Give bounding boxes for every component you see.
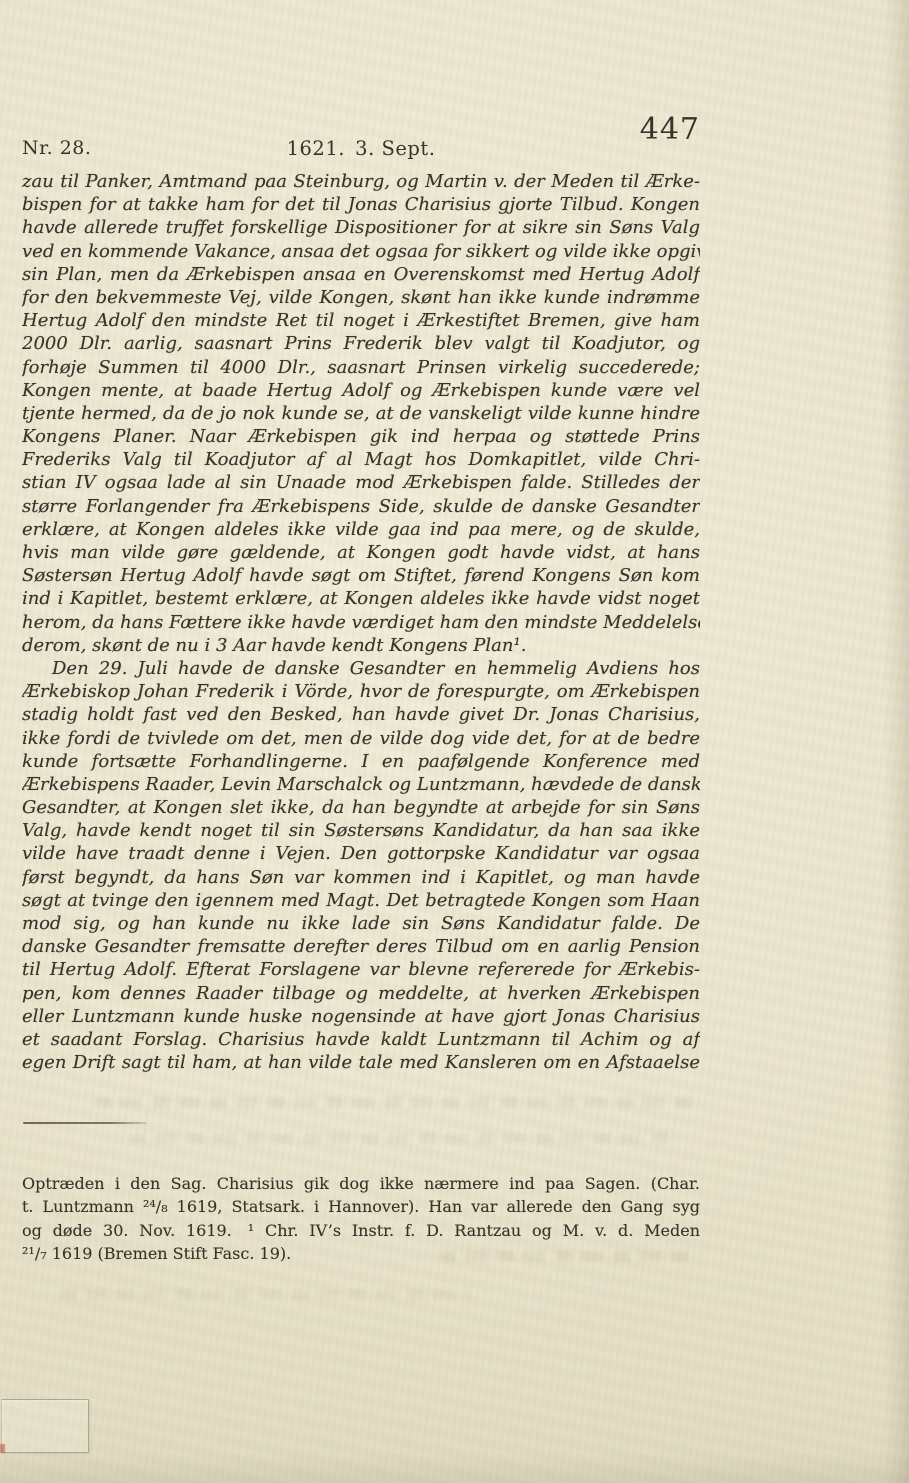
footnote-separator-rule: [23, 1122, 147, 1124]
text-line: pen, kom dennes Raader tilbage og meddel…: [22, 982, 700, 1005]
body-text: zau til Panker, Amtmand paa Steinburg, o…: [22, 170, 700, 1074]
text-line: søgt at tvinge den igennem med Magt. Det…: [22, 889, 700, 912]
text-line: stadig holdt fast ved den Besked, han ha…: [22, 703, 700, 726]
page-number: 447: [22, 112, 700, 147]
text-line: Optræden i den Sag. Charisius gik dog ik…: [22, 1172, 700, 1195]
text-line: danske Gesandter fremsatte derefter dere…: [22, 935, 700, 958]
text-line: for den bekvemmeste Vej, vilde Kongen, s…: [22, 286, 700, 309]
text-line: derom, skønt de nu i 3 Aar havde kendt K…: [22, 634, 700, 657]
text-line: tjente hermed, da de jo nok kunde se, at…: [22, 402, 700, 425]
text-line: egen Drift sagt til ham, at han vilde ta…: [22, 1051, 700, 1074]
page-edge-shadow-right: [883, 0, 909, 1483]
text-line: zau til Panker, Amtmand paa Steinburg, o…: [22, 170, 700, 193]
paragraph: zau til Panker, Amtmand paa Steinburg, o…: [22, 170, 700, 657]
text-line: til Hertug Adolf. Efterat Forslagene var…: [22, 958, 700, 981]
text-line: Gesandter, at Kongen slet ikke, da han b…: [22, 796, 700, 819]
text-line: sin Plan, men da Ærkebispen ansaa en Ove…: [22, 263, 700, 286]
text-line: hvis man vilde gøre gældende, at Kongen …: [22, 541, 700, 564]
text-line: Hertug Adolf den mindste Ret til noget i…: [22, 309, 700, 332]
text-line: Søstersøn Hertug Adolf havde søgt om Sti…: [22, 564, 700, 587]
text-line: herom, da hans Fættere ikke havde værdig…: [22, 611, 700, 634]
text-line: 2000 Dlr. aarlig, saasnart Prins Frederi…: [22, 332, 700, 355]
text-line: Valg, havde kendt noget til sin Søstersø…: [22, 819, 700, 842]
footnote: Optræden i den Sag. Charisius gik dog ik…: [22, 1172, 700, 1265]
text-line: forhøje Summen til 4000 Dlr., saasnart P…: [22, 356, 700, 379]
text-line: Ærkebispens Raader, Levin Marschalck og …: [22, 773, 700, 796]
text-line: Ærkebiskop Johan Frederik i Vörde, hvor …: [22, 680, 700, 703]
text-line: erklære, at Kongen aldeles ikke vilde ga…: [22, 518, 700, 541]
page-edge-shadow-bottom: [0, 1453, 909, 1483]
text-line: ²¹/₇ 1619 (Bremen Stift Fasc. 19).: [22, 1242, 700, 1265]
text-line: og døde 30. Nov. 1619. ¹ Chr. IV’s Instr…: [22, 1219, 700, 1242]
text-line: Kongens Planer. Naar Ærkebispen gik ind …: [22, 425, 700, 448]
text-line: et saadant Forslag. Charisius havde kald…: [22, 1028, 700, 1051]
bleedthrough-smudge: [95, 1097, 695, 1108]
text-line: kunde fortsætte Forhandlingerne. I en pa…: [22, 750, 700, 773]
bleedthrough-smudge: [60, 1289, 470, 1300]
text-line: mod sig, og han kunde nu ikke lade sin S…: [22, 912, 700, 935]
paragraph: Den 29. Juli havde de danske Gesandter e…: [22, 657, 700, 1074]
text-line: Den 29. Juli havde de danske Gesandter e…: [22, 657, 700, 680]
bleedthrough-smudge: [130, 1133, 675, 1144]
text-line: først begyndt, da hans Søn var kommen in…: [22, 866, 700, 889]
embossed-stamp-outline: [1, 1399, 89, 1453]
text-line: stian IV ogsaa lade al sin Unaade mod Ær…: [22, 471, 700, 494]
book-page: Nr. 28. 1621. 3. Sept. 447 zau til Panke…: [0, 0, 909, 1483]
text-line: bispen for at takke ham for det til Jona…: [22, 193, 700, 216]
text-line: t. Luntzmann ²⁴/₈ 1619, Statsark. i Hann…: [22, 1195, 700, 1218]
text-line: ind i Kapitlet, bestemt erklære, at Kong…: [22, 587, 700, 610]
text-line: Kongen mente, at baade Hertug Adolf og Æ…: [22, 379, 700, 402]
text-line: ikke fordi de tvivlede om det, men de vi…: [22, 727, 700, 750]
text-line: større Forlangender fra Ærkebispens Side…: [22, 495, 700, 518]
text-line: eller Luntzmann kunde huske nogensinde a…: [22, 1005, 700, 1028]
text-line: vilde have traadt denne i Vejen. Den got…: [22, 842, 700, 865]
text-line: havde allerede truffet forskellige Dispo…: [22, 216, 700, 239]
text-line: Frederiks Valg til Koadjutor af al Magt …: [22, 448, 700, 471]
text-line: ved en kommende Vakance, ansaa det ogsaa…: [22, 240, 700, 263]
red-edge-mark: [0, 1444, 5, 1453]
